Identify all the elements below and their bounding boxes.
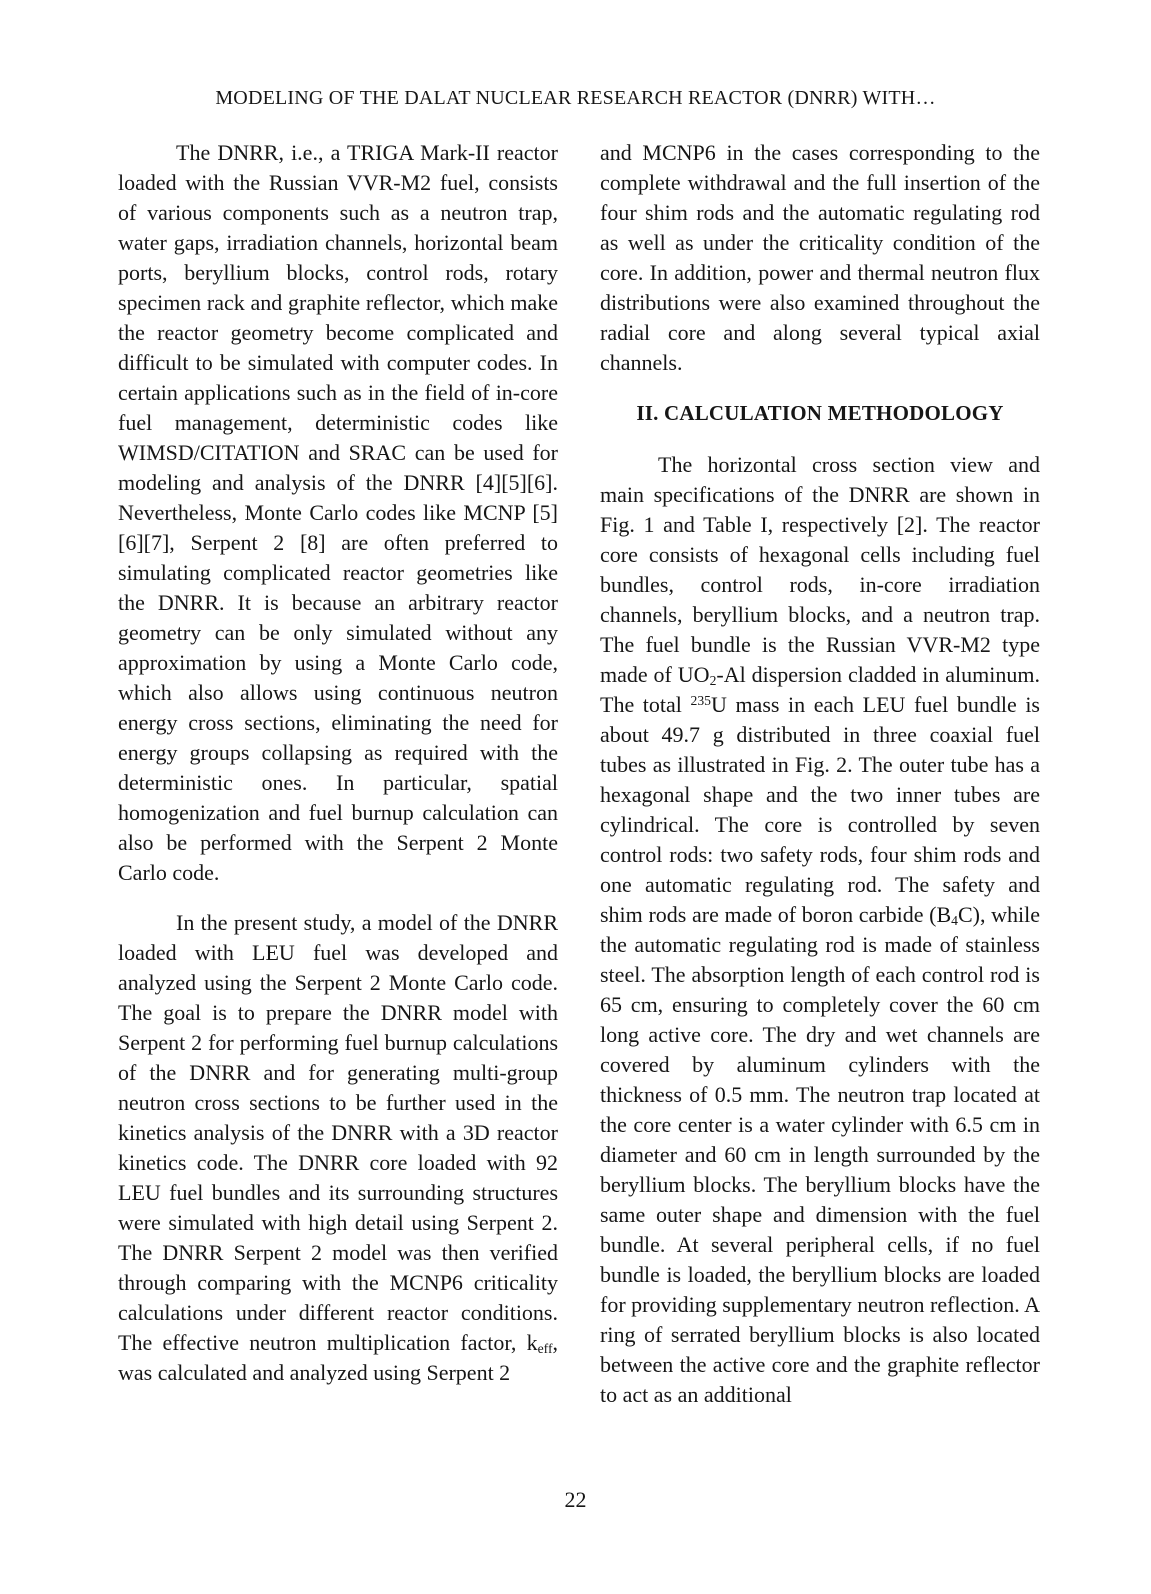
text-run: In the present study, a model of the DNR… <box>118 910 558 1355</box>
body-paragraph: In the present study, a model of the DNR… <box>118 908 558 1388</box>
running-title: MODELING OF THE DALAT NUCLEAR RESEARCH R… <box>0 86 1151 110</box>
running-head: MODELING OF THE DALAT NUCLEAR RESEARCH R… <box>0 86 1151 110</box>
text-run: The horizontal cross section view and ma… <box>600 452 1040 687</box>
text-run: The DNRR, i.e., a TRIGA Mark-II reactor … <box>118 140 558 885</box>
subscript-run: 2 <box>710 673 717 688</box>
supscript-run: 235 <box>691 693 711 708</box>
body-paragraph: and MCNP6 in the cases corresponding to … <box>600 138 1040 378</box>
left-column: The DNRR, i.e., a TRIGA Mark-II reactor … <box>118 138 558 1408</box>
text-run: C), while the automatic regulating rod i… <box>600 902 1040 1407</box>
text-run: and MCNP6 in the cases corresponding to … <box>600 140 1040 375</box>
subscript-run: eff <box>538 1341 553 1356</box>
subscript-run: 4 <box>951 913 958 928</box>
section-heading: II. CALCULATION METHODOLOGY <box>600 398 1040 428</box>
right-column: and MCNP6 in the cases corresponding to … <box>600 138 1040 1430</box>
page-number: 22 <box>565 1487 587 1512</box>
text-run: II. CALCULATION METHODOLOGY <box>636 401 1003 425</box>
text-run: U mass in each LEU fuel bundle is about … <box>600 692 1040 927</box>
body-paragraph: The horizontal cross section view and ma… <box>600 450 1040 1410</box>
two-column-body: The DNRR, i.e., a TRIGA Mark-II reactor … <box>118 138 1040 1430</box>
page-footer: 22 <box>0 1486 1151 1514</box>
paper-page: MODELING OF THE DALAT NUCLEAR RESEARCH R… <box>0 0 1151 1594</box>
body-paragraph: The DNRR, i.e., a TRIGA Mark-II reactor … <box>118 138 558 888</box>
